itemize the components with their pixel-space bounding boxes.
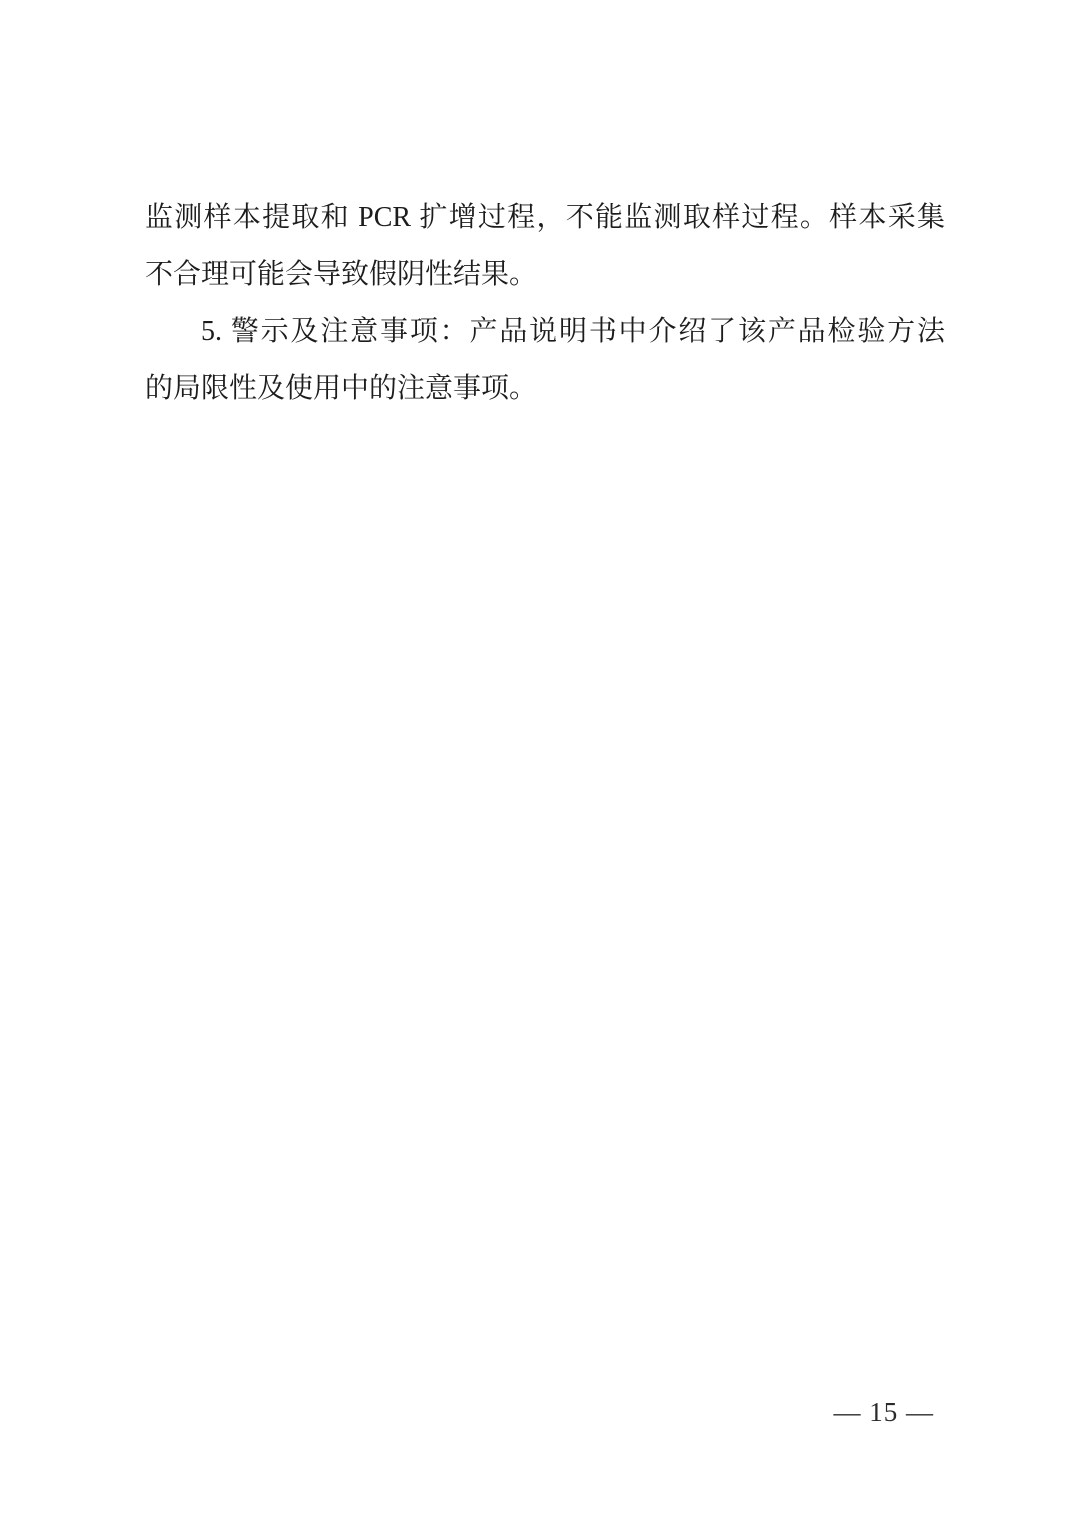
page-number: — 15 — bbox=[834, 1397, 935, 1427]
document-page: 监测样本提取和 PCR 扩增过程，不能监测取样过程。样本采集 不合理可能会导致假… bbox=[0, 0, 1080, 1527]
text-line: 的局限性及使用中的注意事项。 bbox=[145, 360, 945, 417]
document-body: 监测样本提取和 PCR 扩增过程，不能监测取样过程。样本采集 不合理可能会导致假… bbox=[145, 189, 945, 417]
text-line: 监测样本提取和 PCR 扩增过程，不能监测取样过程。样本采集 bbox=[145, 189, 945, 246]
text-line: 5. 警示及注意事项：产品说明书中介绍了该产品检验方法 bbox=[145, 303, 945, 360]
page-footer: — 15 — bbox=[634, 1392, 934, 1432]
text-line: 不合理可能会导致假阴性结果。 bbox=[145, 246, 945, 303]
